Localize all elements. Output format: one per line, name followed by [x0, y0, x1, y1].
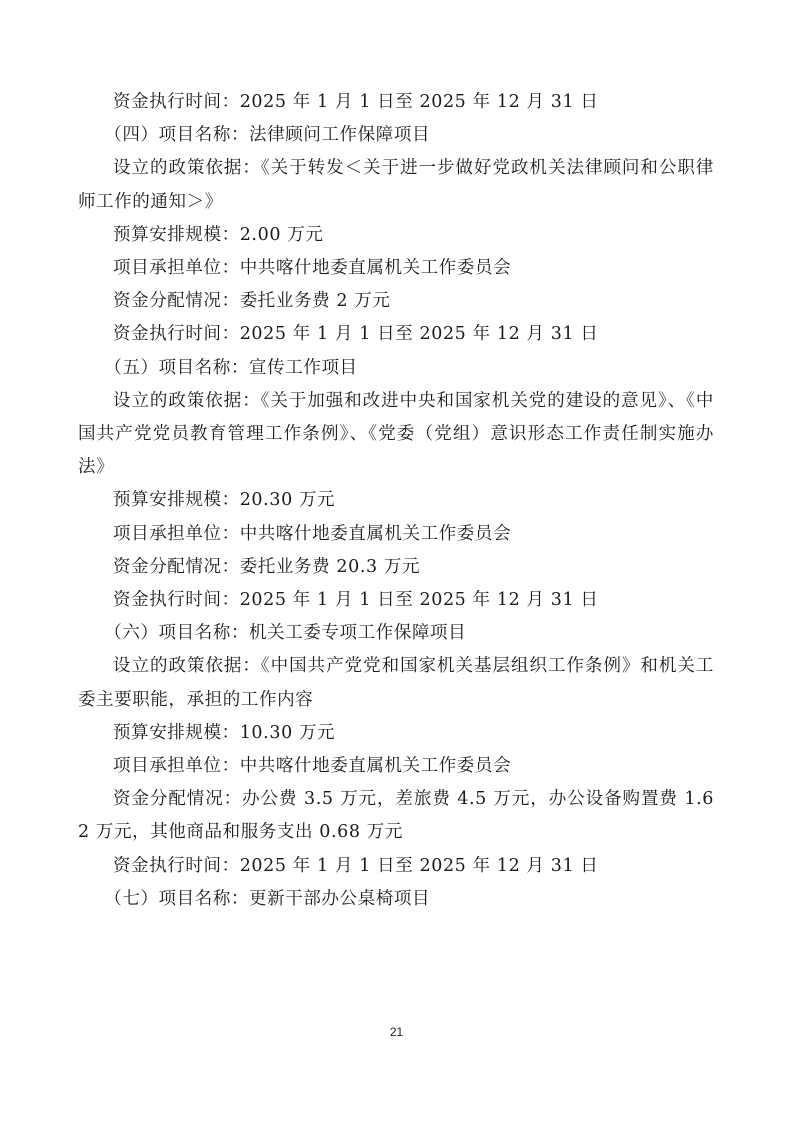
project-4-unit: 项目承担单位：中共喀什地委直属机关工作委员会 — [78, 252, 714, 285]
project-5-unit: 项目承担单位：中共喀什地委直属机关工作委员会 — [78, 518, 714, 551]
project-7-title: （七）项目名称：更新干部办公桌椅项目 — [78, 883, 714, 916]
project-6-allocation: 资金分配情况：办公费 3.5 万元，差旅费 4.5 万元，办公设备购置费 1.6… — [78, 783, 714, 849]
project-4-allocation: 资金分配情况：委托业务费 2 万元 — [78, 285, 714, 318]
page-number: 21 — [0, 1025, 793, 1039]
project-4-execution-period: 资金执行时间：2025 年 1 月 1 日至 2025 年 12 月 31 日 — [78, 318, 714, 351]
project-6-execution-period: 资金执行时间：2025 年 1 月 1 日至 2025 年 12 月 31 日 — [78, 850, 714, 883]
project-6-unit: 项目承担单位：中共喀什地委直属机关工作委员会 — [78, 750, 714, 783]
project-6-policy-basis: 设立的政策依据：《中国共产党党和国家机关基层组织工作条例》和机关工委主要职能，承… — [78, 650, 714, 716]
project-5-budget: 预算安排规模：20.30 万元 — [78, 484, 714, 517]
document-page-body: 资金执行时间：2025 年 1 月 1 日至 2025 年 12 月 31 日 … — [78, 86, 714, 916]
project-5-policy-basis: 设立的政策依据：《关于加强和改进中央和国家机关党的建设的意见》、《中国共产党党员… — [78, 385, 714, 485]
project-4-title: （四）项目名称：法律顾问工作保障项目 — [78, 119, 714, 152]
project-4-policy-basis: 设立的政策依据：《关于转发＜关于进一步做好党政机关法律顾问和公职律师工作的通知＞… — [78, 152, 714, 218]
project-5-allocation: 资金分配情况：委托业务费 20.3 万元 — [78, 551, 714, 584]
project-4-budget: 预算安排规模：2.00 万元 — [78, 219, 714, 252]
project-5-execution-period: 资金执行时间：2025 年 1 月 1 日至 2025 年 12 月 31 日 — [78, 584, 714, 617]
execution-period-3: 资金执行时间：2025 年 1 月 1 日至 2025 年 12 月 31 日 — [78, 86, 714, 119]
project-6-budget: 预算安排规模：10.30 万元 — [78, 717, 714, 750]
project-5-title: （五）项目名称：宣传工作项目 — [78, 352, 714, 385]
project-6-title: （六）项目名称：机关工委专项工作保障项目 — [78, 617, 714, 650]
